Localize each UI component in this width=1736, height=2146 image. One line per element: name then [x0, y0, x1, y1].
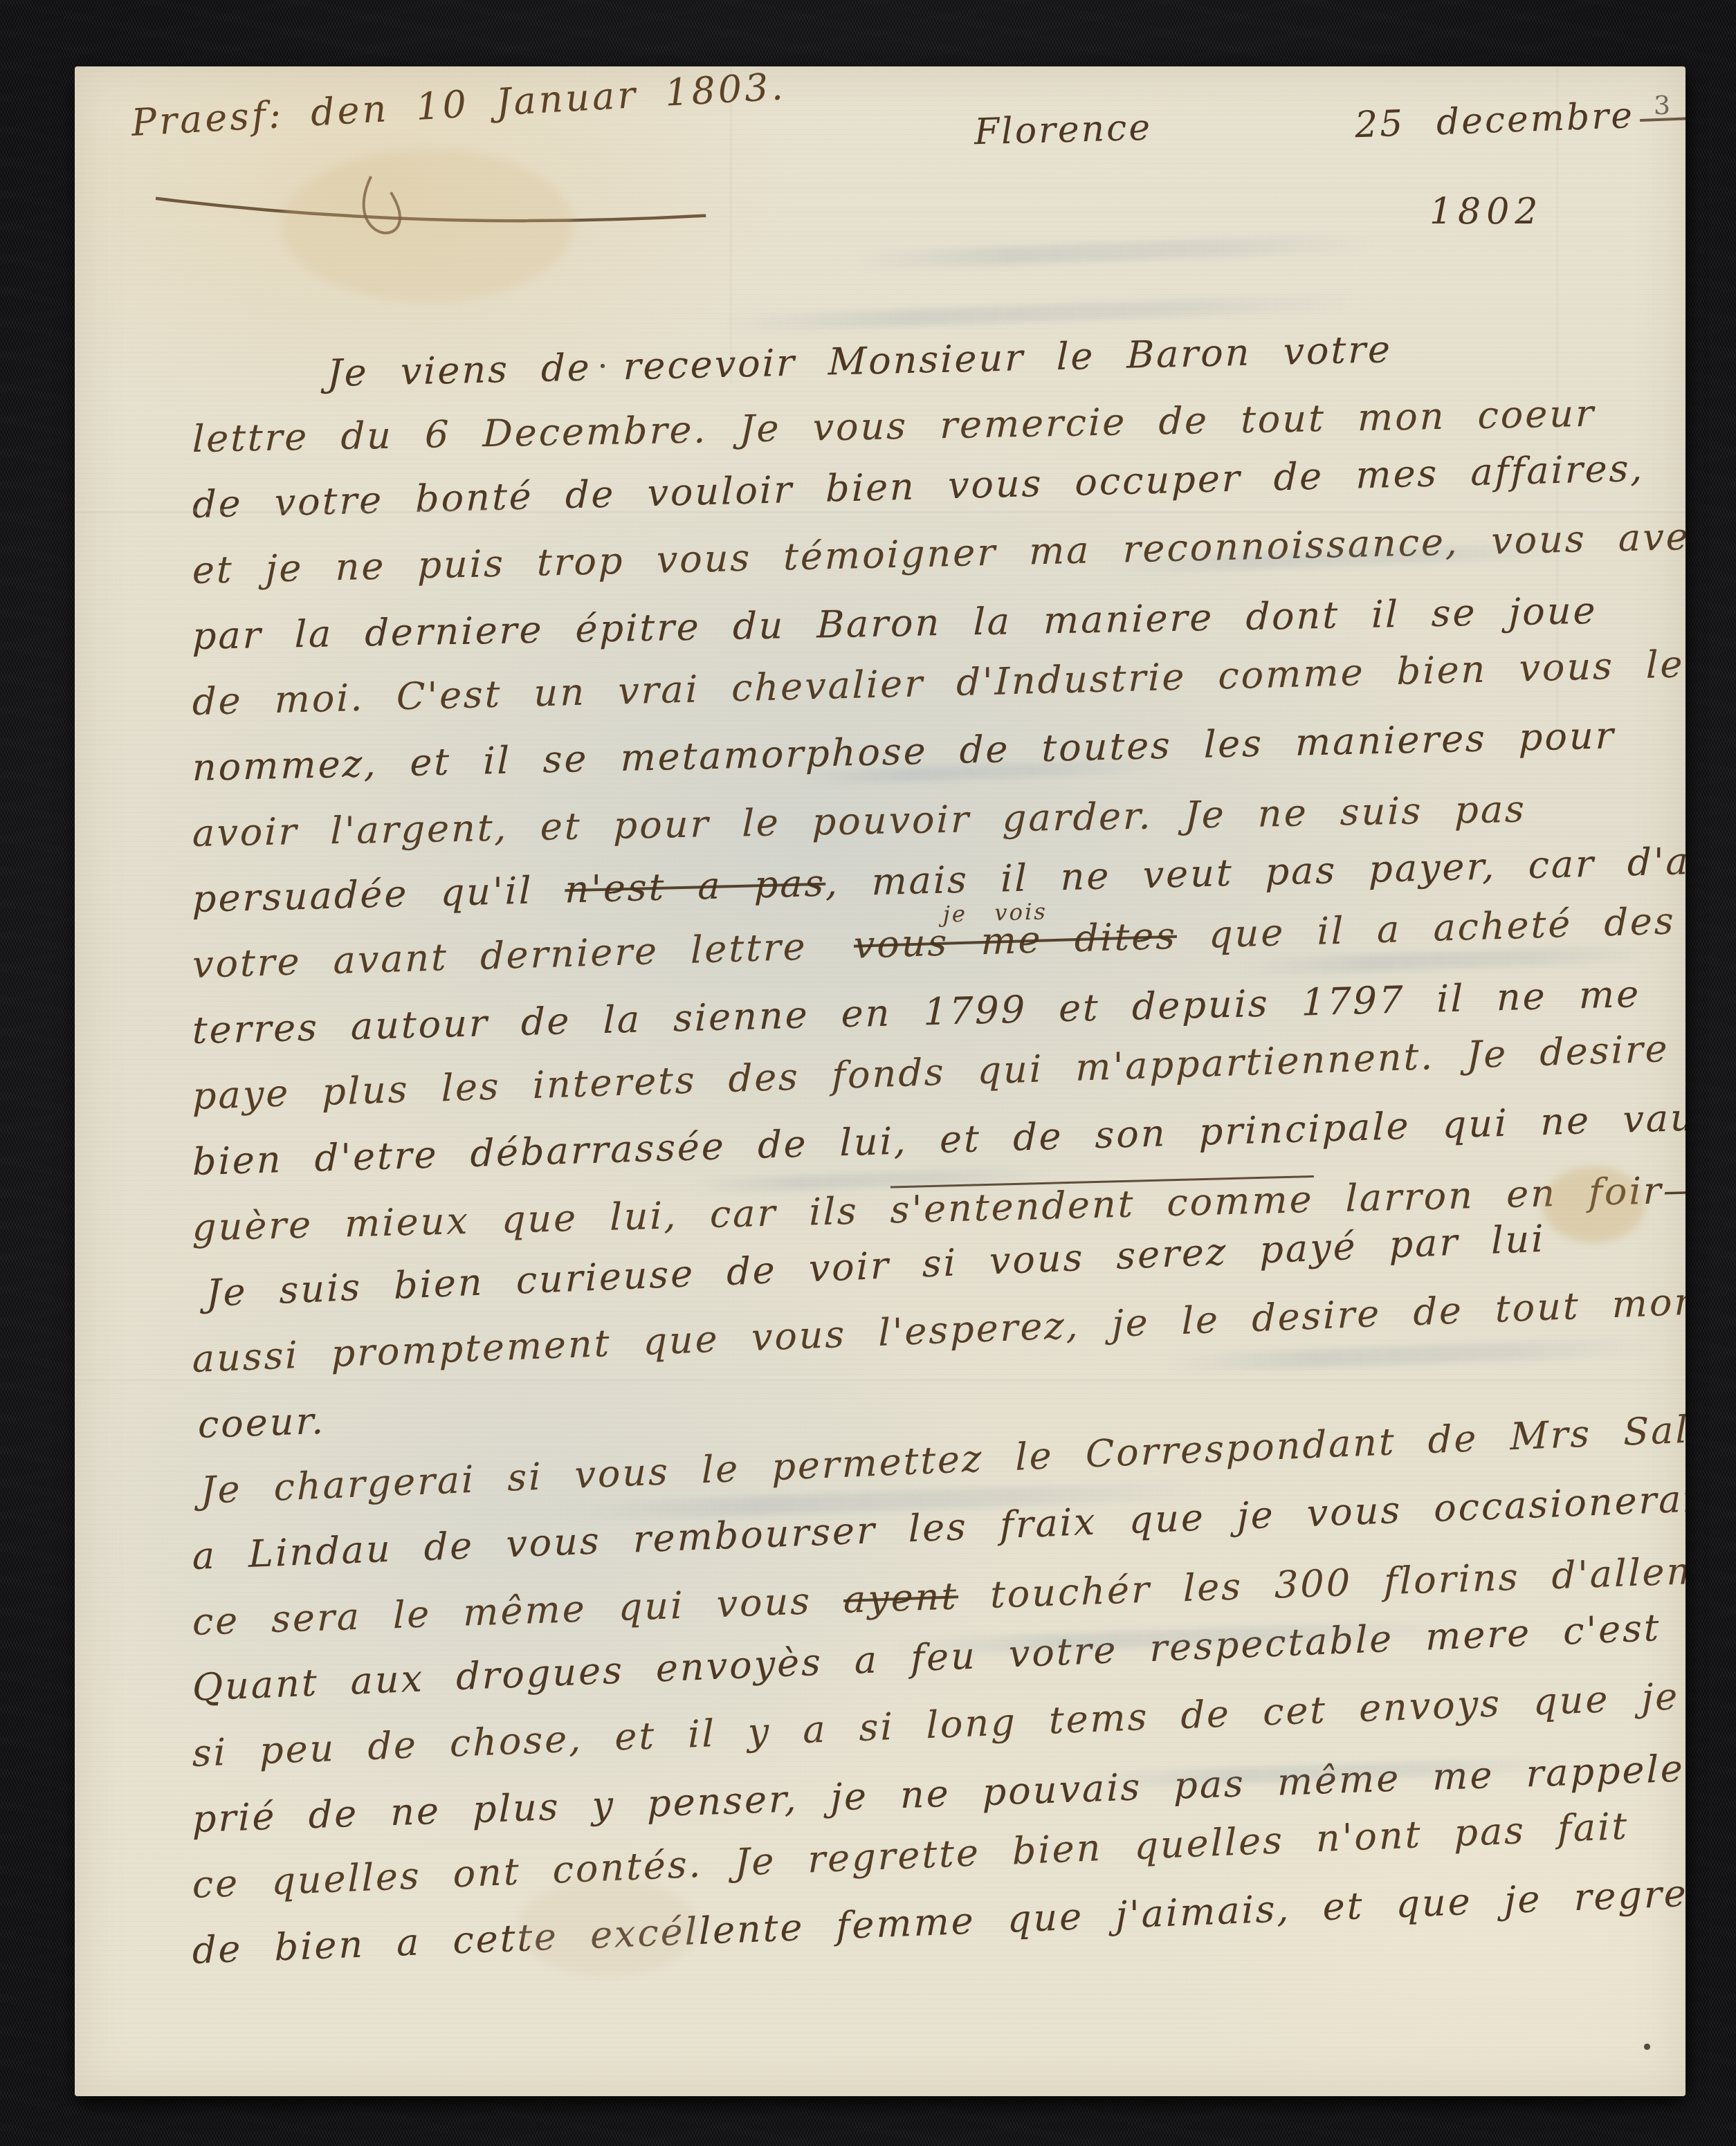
- letter-line: Je viens de recevoir Monsieur le Baron v…: [327, 327, 1393, 396]
- dateline-place: Florence: [974, 107, 1153, 154]
- dateline-day-month: 25 decembre: [1354, 92, 1685, 147]
- paper-stain: [1542, 1166, 1645, 1242]
- ink-speck: [601, 364, 605, 368]
- line-text: par la derniere épitre du Baron la manie…: [192, 589, 1598, 658]
- page-number: 3: [1654, 90, 1670, 120]
- letter-line: de moi. C'est un vrai chevalier d'Indust…: [192, 642, 1685, 724]
- received-note: Praesf: den 10 Januar 1803.: [130, 66, 787, 145]
- letter-line: par la derniere épitre du Baron la manie…: [192, 589, 1598, 659]
- bleed-through-mark: [718, 294, 1355, 333]
- line-text: ce sera le même qui vous: [192, 1578, 843, 1644]
- letter-line: lettre du 6 Decembre. Je vous remercie d…: [192, 392, 1596, 461]
- line-text: avoir l'argent, et pour le pouvoir garde…: [192, 787, 1526, 855]
- letter-scan: Praesf: den 10 Januar 1803. Florence 25 …: [0, 0, 1736, 2146]
- paper-stain: [518, 1879, 697, 1976]
- fold-crease: [1557, 66, 1559, 758]
- fold-crease: [75, 509, 1685, 513]
- dateline-year: 1802: [1429, 191, 1543, 232]
- struck-text: n'est a pas: [565, 861, 825, 912]
- line-text: de votre bonté de vouloir bien vous occu…: [192, 446, 1645, 526]
- letter-line: coeur.: [198, 1399, 325, 1447]
- line-text: lettre du 6 Decembre. Je vous remercie d…: [192, 392, 1596, 461]
- letter-line: avoir l'argent, et pour le pouvoir garde…: [192, 787, 1526, 856]
- paper-stain: [282, 149, 573, 302]
- line-text: touchér les 300 florins d'allemagne: [958, 1546, 1685, 1618]
- bleed-through-mark: [850, 234, 1376, 270]
- line-text: votre avant derniere lettre: [192, 924, 839, 987]
- line-text: guère mieux que lui, car ils: [192, 1188, 890, 1249]
- ink-speck: [1644, 2044, 1650, 2050]
- letter-page: Praesf: den 10 Januar 1803. Florence 25 …: [75, 66, 1685, 2096]
- inserted-text: je vois: [943, 889, 1048, 937]
- bleed-through-mark: [1168, 1338, 1652, 1373]
- line-text: coeur.: [198, 1399, 325, 1447]
- struck-text: ayent: [843, 1574, 958, 1622]
- overlined-text: s'entendent comme: [890, 1177, 1313, 1232]
- letter-line: de votre bonté de vouloir bien vous occu…: [192, 446, 1645, 527]
- line-text: persuadée qu'il: [192, 868, 565, 921]
- fold-crease: [731, 66, 733, 385]
- fold-crease: [75, 1377, 1685, 1381]
- line-text: Je viens de recevoir Monsieur le Baron v…: [327, 327, 1393, 395]
